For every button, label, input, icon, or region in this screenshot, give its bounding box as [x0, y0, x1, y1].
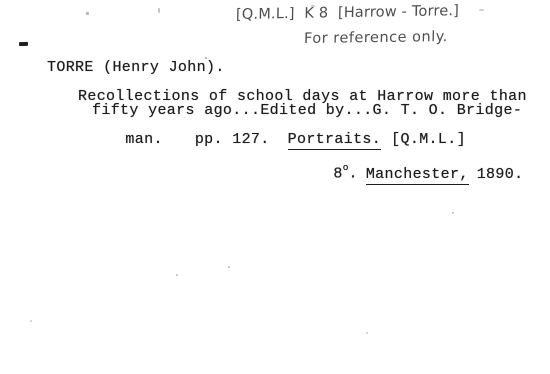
scan-speck — [228, 266, 230, 268]
pagination-note: pp. 127. — [195, 131, 270, 148]
scan-speck — [158, 8, 160, 13]
imprint-place: Manchester, — [366, 166, 469, 185]
scan-speck — [366, 332, 368, 334]
scan-speck — [86, 12, 89, 15]
title-line-2: fifty years ago...Edited by...G. T. O. B… — [92, 103, 522, 118]
author-heading: TORRE (Henry John). — [47, 60, 225, 75]
handwritten-reference-note: For reference only. — [304, 29, 448, 47]
scan-speck — [452, 212, 454, 214]
title-continuation: man. — [125, 131, 162, 148]
imprint-year: 1890. — [477, 166, 524, 183]
catalog-card-scan: [Q.M.L.] K 8 [Harrow - Torre.] For refer… — [0, 0, 550, 374]
scan-speck — [311, 5, 315, 7]
scan-speck — [479, 9, 484, 11]
pencil-dash-mark — [19, 42, 28, 46]
handwritten-shelfmark: [Q.M.L.] K 8 [Harrow - Torre.] — [236, 3, 459, 23]
scan-speck — [30, 320, 32, 322]
format-size: 8 — [333, 166, 342, 183]
scan-speck — [205, 57, 207, 59]
imprint-line: 8o.Manchester,1890. — [296, 145, 523, 197]
scan-speck — [176, 274, 178, 276]
imprint-separator: . — [348, 166, 357, 183]
